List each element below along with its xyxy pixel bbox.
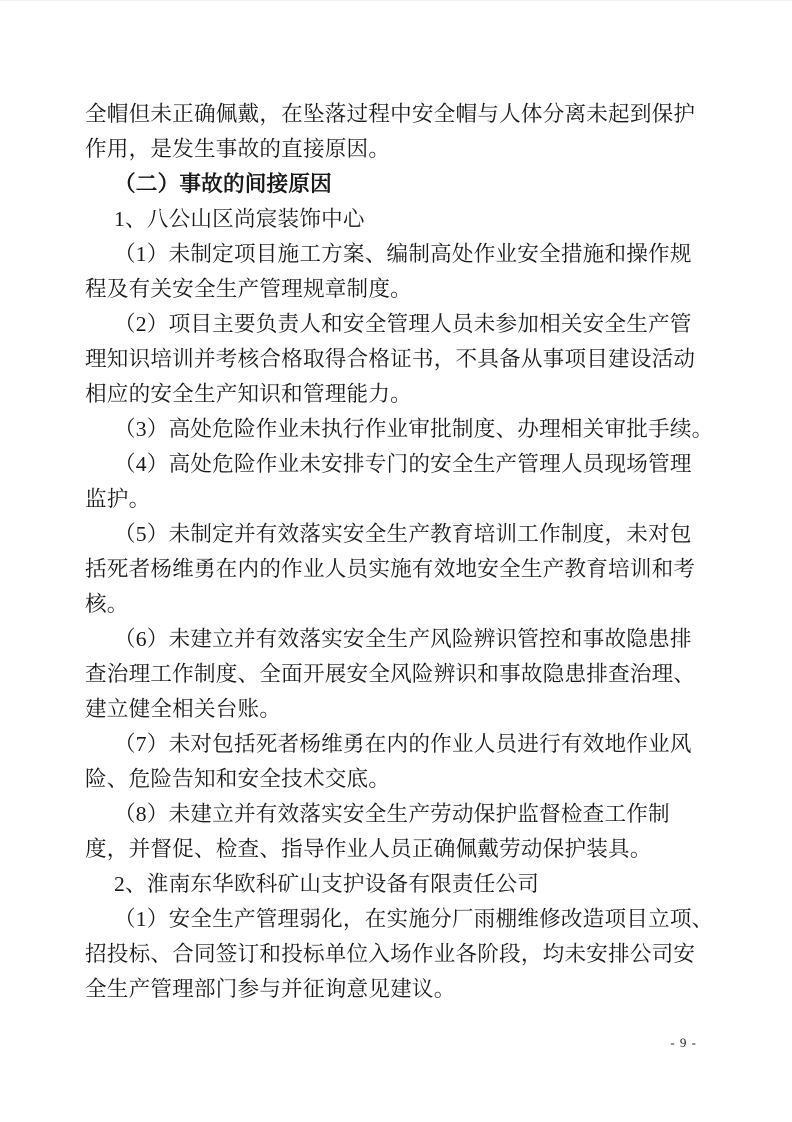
company2-cause-1: （1）安全生产管理弱化，在实施分厂雨棚维修改造项目立项、 招投标、合同签订和投标… [85, 902, 729, 1007]
paragraph-continuation-direct-cause: 全帽但未正确佩戴，在坠落过程中安全帽与人体分离未起到保护 作用，是发生事故的直接… [85, 97, 729, 167]
company1-cause-8: （8）未建立并有效落实安全生产劳动保护监督检查工作制 度，并督促、检查、指导作业… [85, 797, 729, 867]
document-body: 全帽但未正确佩戴，在坠落过程中安全帽与人体分离未起到保护 作用，是发生事故的直接… [85, 97, 729, 1007]
page-number: - 9 - [670, 1035, 697, 1051]
company1-cause-1: （1）未制定项目施工方案、编制高处作业安全措施和操作规 程及有关安全生产管理规章… [85, 237, 729, 307]
company1-heading: 1、八公山区尚宸装饰中心 [85, 202, 729, 237]
company1-cause-5: （5）未制定并有效落实安全生产教育培训工作制度，未对包 括死者杨维勇在内的作业人… [85, 517, 729, 622]
document-page: 全帽但未正确佩戴，在坠落过程中安全帽与人体分离未起到保护 作用，是发生事故的直接… [0, 0, 792, 1122]
company1-cause-3: （3）高处危险作业未执行作业审批制度、办理相关审批手续。 [85, 412, 729, 447]
company1-cause-2: （2）项目主要负责人和安全管理人员未参加相关安全生产管 理知识培训并考核合格取得… [85, 307, 729, 412]
section-heading-indirect-causes: （二）事故的间接原因 [85, 167, 729, 202]
company1-cause-7: （7）未对包括死者杨维勇在内的作业人员进行有效地作业风 险、危险告知和安全技术交… [85, 727, 729, 797]
company2-heading: 2、淮南东华欧科矿山支护设备有限责任公司 [85, 867, 729, 902]
company1-cause-6: （6）未建立并有效落实安全生产风险辨识管控和事故隐患排 查治理工作制度、全面开展… [85, 622, 729, 727]
company1-cause-4: （4）高处危险作业未安排专门的安全生产管理人员现场管理 监护。 [85, 447, 729, 517]
